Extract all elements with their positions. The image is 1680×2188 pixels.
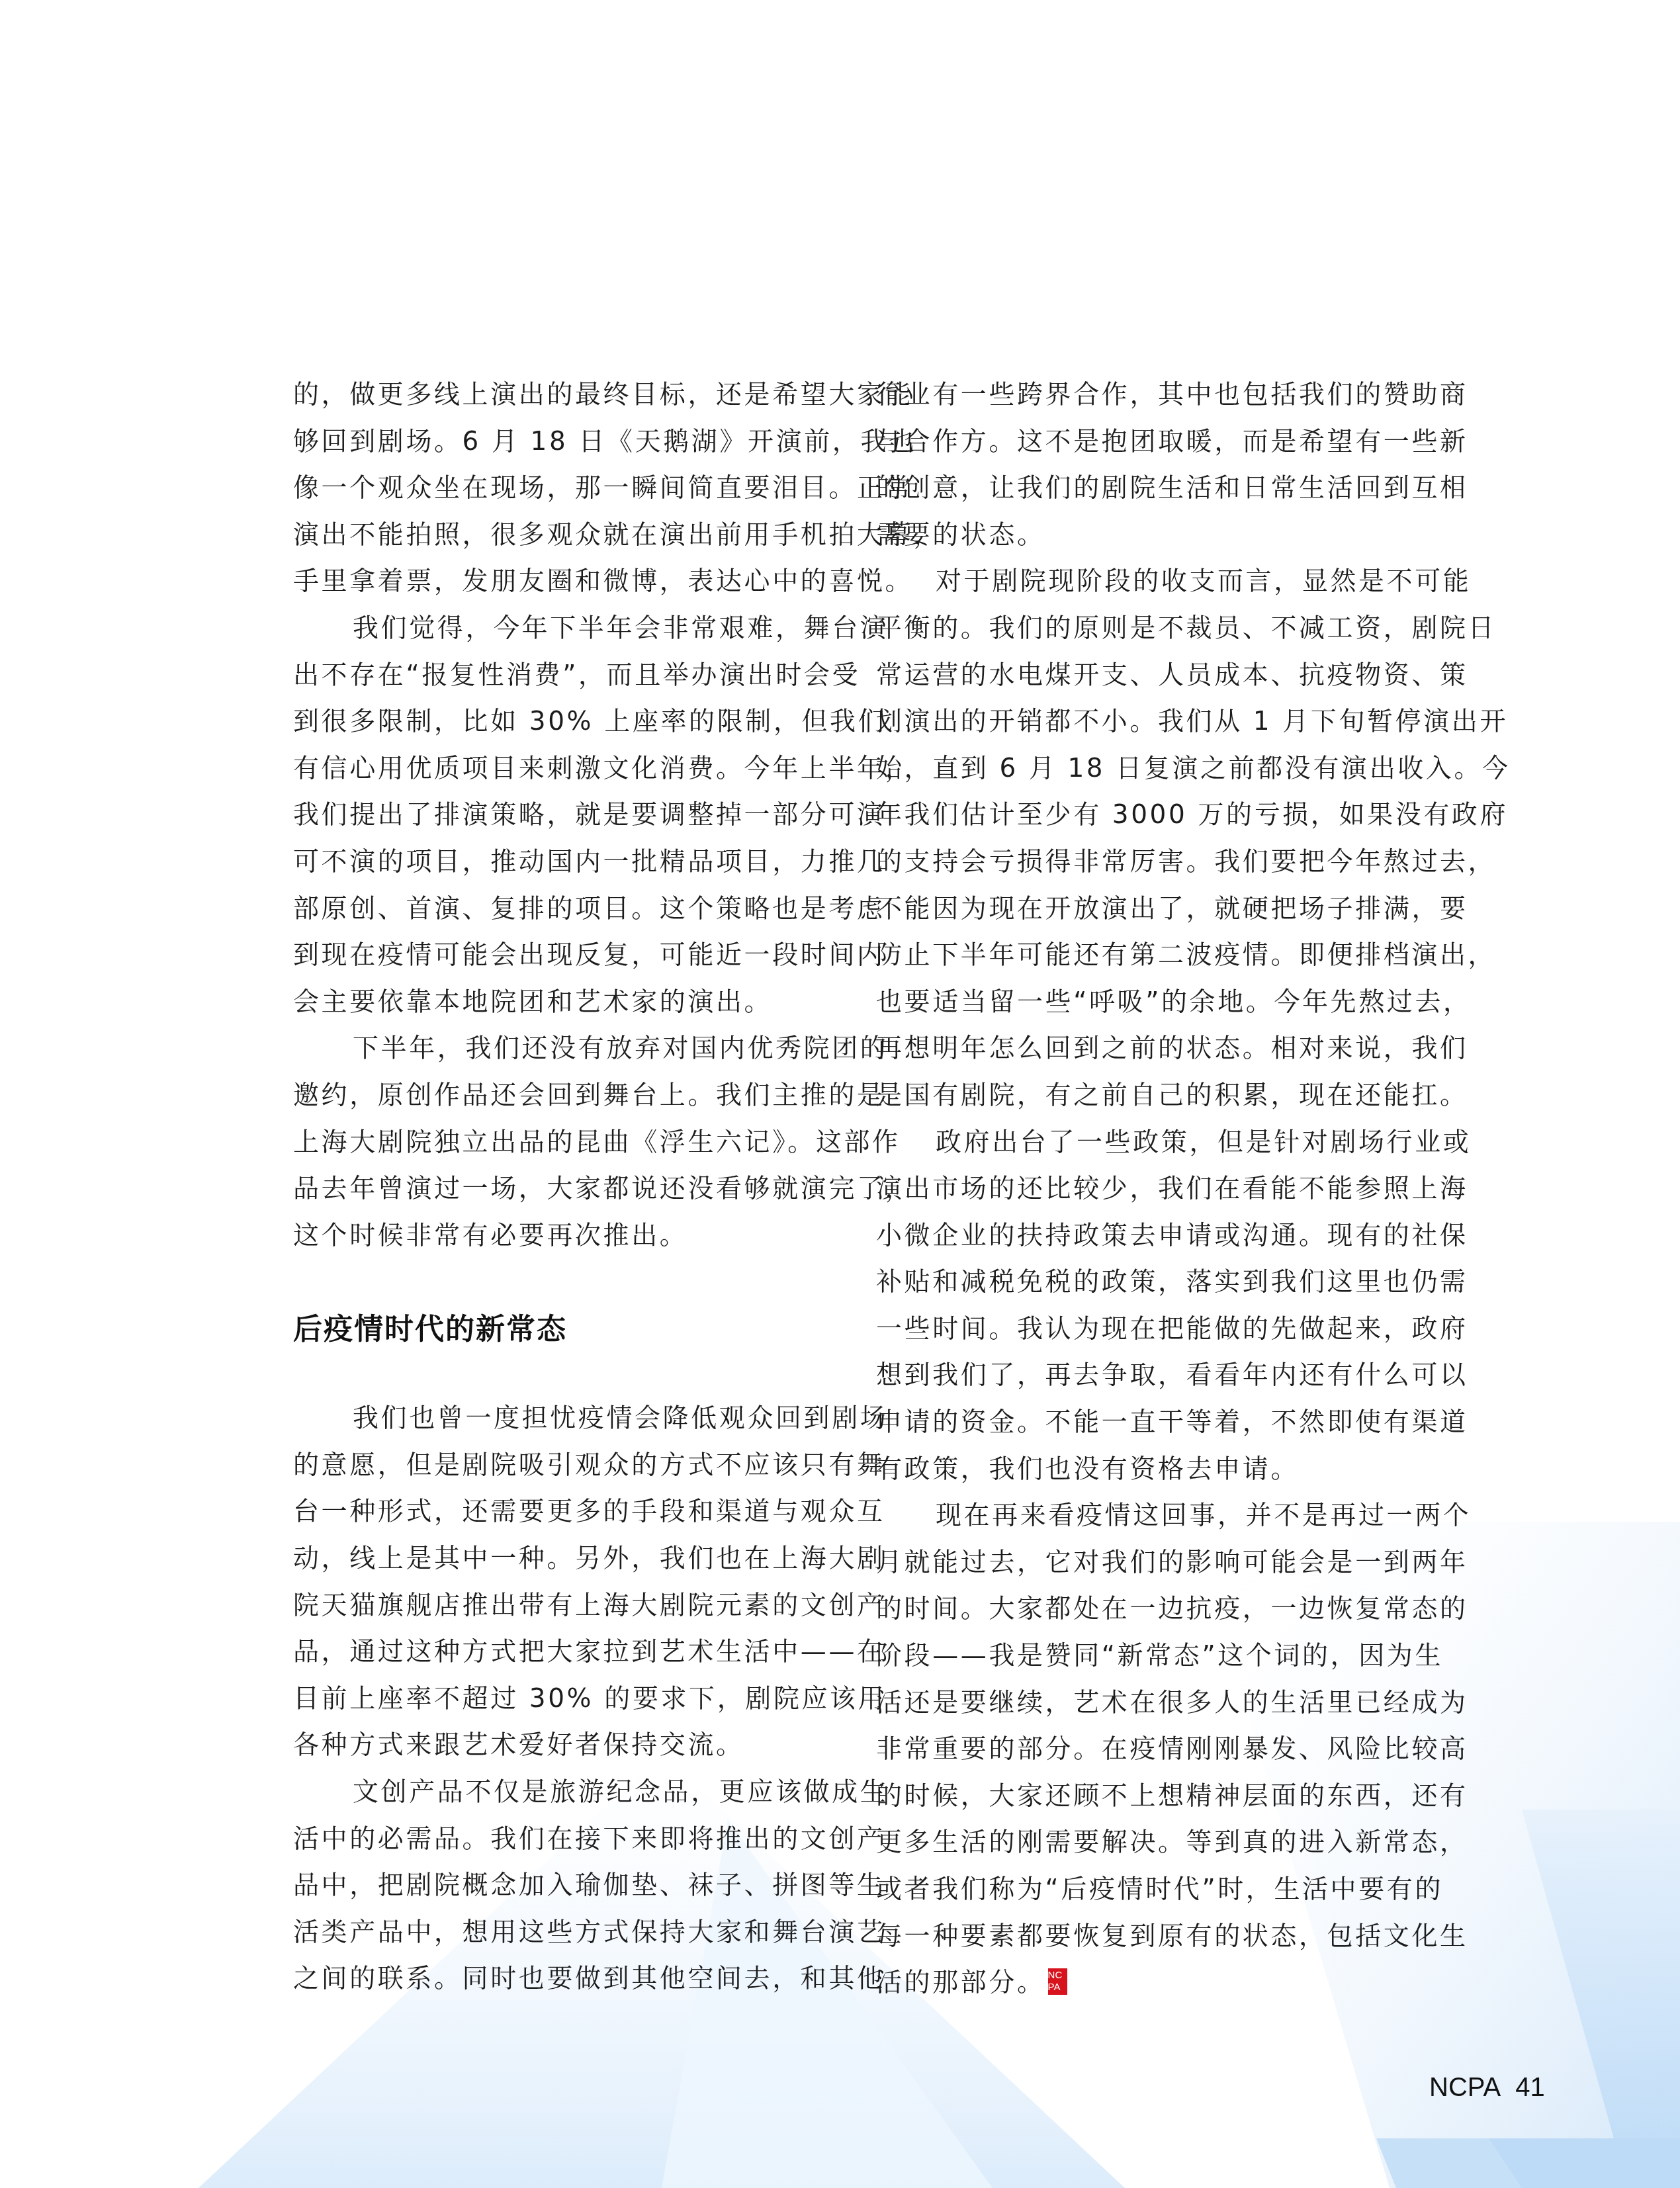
paragraph: 政府出台了一些政策，但是针对剧场行业或 演出市场的还比较少，我们在看能不能参照上… [876, 1119, 1413, 1493]
text-line: 有信心用优质项目来刺激文化消费。今年上半年， [293, 746, 830, 793]
text-line: 非常重要的部分。在疫情刚刚暴发、风险比较高 [876, 1726, 1413, 1773]
text-line: 对于剧院现阶段的收支而言，显然是不可能 [876, 558, 1413, 605]
text-line: 我们提出了排演策略，就是要调整掉一部分可演 [293, 792, 830, 839]
paragraph: 的，做更多线上演出的最终目标，还是希望大家能 够回到剧场。6 月 18 日《天鹅… [293, 372, 830, 605]
paragraph: 我们也曾一度担忧疫情会降低观众回到剧场 的意愿，但是剧院吸引观众的方式不应该只有… [293, 1395, 830, 1769]
text-line: 像一个观众坐在现场，那一瞬间简直要泪目。正常 [293, 465, 830, 512]
end-mark-top: NC [1048, 1970, 1067, 1982]
text-line: 的意愿，但是剧院吸引观众的方式不应该只有舞 [293, 1442, 830, 1489]
text-line: 的，做更多线上演出的最终目标，还是希望大家能 [293, 372, 830, 419]
text-line: 是国有剧院，有之前自己的积累，现在还能扛。 [876, 1072, 1413, 1119]
text-line: 的时间。大家都处在一边抗疫，一边恢复常态的 [876, 1586, 1413, 1633]
text-line: 现在再来看疫情这回事，并不是再过一两个 [876, 1493, 1413, 1540]
text-line: 有政策，我们也没有资格去申请。 [876, 1446, 1413, 1493]
text-line: 各种方式来跟艺术爱好者保持交流。 [293, 1722, 830, 1769]
text-line: 够回到剧场。6 月 18 日《天鹅湖》开演前，我也 [293, 419, 830, 466]
text-line: 演出市场的还比较少，我们在看能不能参照上海 [876, 1166, 1413, 1213]
text-line: 常运营的水电煤开支、人员成本、抗疫物资、策 [876, 652, 1413, 699]
text-line: 划演出的开销都不小。我们从 1 月下旬暂停演出开 [876, 699, 1413, 746]
text-line: 演出不能拍照，很多观众就在演出前用手机拍大幕， [293, 512, 830, 559]
text-line: 或者我们称为“后疫情时代”时，生活中要有的 [876, 1866, 1413, 1913]
text-line: 之间的联系。同时也要做到其他空间去，和其他 [293, 1956, 830, 2003]
text-line: 与合作方。这不是抱团取暖，而是希望有一些新 [876, 419, 1413, 466]
text-line: 政府出台了一些政策，但是针对剧场行业或 [876, 1119, 1413, 1166]
page-number: 41 [1515, 2073, 1545, 2102]
text-line: 活还是要继续，艺术在很多人的生活里已经成为 [876, 1680, 1413, 1727]
text-line: 院天猫旗舰店推出带有上海大剧院元素的文创产 [293, 1583, 830, 1630]
text-line: 阶段——我是赞同“新常态”这个词的，因为生 [876, 1633, 1413, 1680]
page-folio: NCPA41 [1429, 2073, 1545, 2103]
text-line: 的创意，让我们的剧院生活和日常生活回到互相 [876, 465, 1413, 512]
text-line: 需要的状态。 [876, 512, 1413, 559]
text-line: 出不存在“报复性消费”，而且举办演出时会受 [293, 652, 830, 699]
text-line: 每一种要素都要恢复到原有的状态，包括文化生 [876, 1913, 1413, 1960]
text-line: 文创产品不仅是旅游纪念品，更应该做成生 [293, 1769, 830, 1816]
text-line: 也要适当留一些“呼吸”的余地。今年先熬过去， [876, 979, 1413, 1026]
left-column: 的，做更多线上演出的最终目标，还是希望大家能 够回到剧场。6 月 18 日《天鹅… [293, 372, 830, 2003]
text-line: 手里拿着票，发朋友圈和微博，表达心中的喜悦。 [293, 558, 830, 605]
text-line: 目前上座率不超过 30% 的要求下，剧院应该用 [293, 1676, 830, 1723]
text-line: 更多生活的刚需要解决。等到真的进入新常态， [876, 1819, 1413, 1866]
ncpa-end-mark-icon: NCPA [1048, 1968, 1067, 1995]
text-line: 会主要依靠本地院团和艺术家的演出。 [293, 979, 830, 1026]
text-line: 申请的资金。不能一直干等着，不然即使有渠道 [876, 1399, 1413, 1446]
text-line: 活的那部分。 [876, 1968, 1045, 1997]
text-line: 部原创、首演、复排的项目。这个策略也是考虑 [293, 886, 830, 933]
text-line: 台一种形式，还需要更多的手段和渠道与观众互 [293, 1489, 830, 1536]
text-line: 月就能过去，它对我们的影响可能会是一到两年 [876, 1540, 1413, 1587]
text-line: 一些时间。我认为现在把能做的先做起来，政府 [876, 1306, 1413, 1353]
text-line: 到现在疫情可能会出现反复，可能近一段时间内 [293, 932, 830, 979]
right-column: 行业有一些跨界合作，其中也包括我们的赞助商 与合作方。这不是抱团取暖，而是希望有… [876, 372, 1413, 2007]
text-line: 我们觉得，今年下半年会非常艰难，舞台演 [293, 605, 830, 652]
text-line: 这个时候非常有必要再次推出。 [293, 1213, 830, 1260]
text-line: 补贴和减税免税的政策，落实到我们这里也仍需 [876, 1259, 1413, 1306]
publication-name: NCPA [1429, 2073, 1501, 2102]
text-line: 品去年曾演过一场，大家都说还没看够就演完了， [293, 1166, 830, 1213]
paragraph: 现在再来看疫情这回事，并不是再过一两个 月就能过去，它对我们的影响可能会是一到两… [876, 1493, 1413, 2007]
text-line: 小微企业的扶持政策去申请或沟通。现有的社保 [876, 1213, 1413, 1260]
text-line-final: 活的那部分。NCPA [876, 1960, 1413, 2007]
text-line: 到很多限制，比如 30% 上座率的限制，但我们 [293, 699, 830, 746]
text-line: 可不演的项目，推动国内一批精品项目，力推几 [293, 839, 830, 886]
text-line: 活类产品中，想用这些方式保持大家和舞台演艺 [293, 1909, 830, 1956]
text-line: 平衡的。我们的原则是不裁员、不减工资，剧院日 [876, 605, 1413, 652]
text-line: 不能因为现在开放演出了，就硬把场子排满，要 [876, 886, 1413, 933]
paragraph: 我们觉得，今年下半年会非常艰难，舞台演 出不存在“报复性消费”，而且举办演出时会… [293, 605, 830, 1026]
text-line: 行业有一些跨界合作，其中也包括我们的赞助商 [876, 372, 1413, 419]
text-line: 的支持会亏损得非常厉害。我们要把今年熬过去， [876, 839, 1413, 886]
text-line: 品中，把剧院概念加入瑜伽垫、袜子、拼图等生 [293, 1862, 830, 1909]
text-line: 始，直到 6 月 18 日复演之前都没有演出收入。今 [876, 746, 1413, 793]
text-line: 我们也曾一度担忧疫情会降低观众回到剧场 [293, 1395, 830, 1442]
text-line: 下半年，我们还没有放弃对国内优秀院团的 [293, 1026, 830, 1072]
paragraph: 行业有一些跨界合作，其中也包括我们的赞助商 与合作方。这不是抱团取暖，而是希望有… [876, 372, 1413, 558]
paragraph: 对于剧院现阶段的收支而言，显然是不可能 平衡的。我们的原则是不裁员、不减工资，剧… [876, 558, 1413, 1119]
text-line: 再想明年怎么回到之前的状态。相对来说，我们 [876, 1026, 1413, 1072]
end-mark-bottom: PA [1048, 1982, 1067, 1993]
text-line: 品，通过这种方式把大家拉到艺术生活中——在 [293, 1629, 830, 1676]
text-line: 年我们估计至少有 3000 万的亏损，如果没有政府 [876, 792, 1413, 839]
text-line: 防止下半年可能还有第二波疫情。即便排档演出， [876, 932, 1413, 979]
text-line: 活中的必需品。我们在接下来即将推出的文创产 [293, 1816, 830, 1863]
text-line: 邀约，原创作品还会回到舞台上。我们主推的是 [293, 1072, 830, 1119]
text-line: 的时候，大家还顾不上想精神层面的东西，还有 [876, 1773, 1413, 1820]
text-line: 想到我们了，再去争取，看看年内还有什么可以 [876, 1352, 1413, 1399]
section-heading: 后疫情时代的新常态 [293, 1307, 830, 1353]
text-line: 上海大剧院独立出品的昆曲《浮生六记》。这部作 [293, 1119, 830, 1166]
paragraph: 下半年，我们还没有放弃对国内优秀院团的 邀约，原创作品还会回到舞台上。我们主推的… [293, 1026, 830, 1259]
text-line: 动，线上是其中一种。另外，我们也在上海大剧 [293, 1536, 830, 1583]
paragraph: 文创产品不仅是旅游纪念品，更应该做成生 活中的必需品。我们在接下来即将推出的文创… [293, 1769, 830, 2003]
